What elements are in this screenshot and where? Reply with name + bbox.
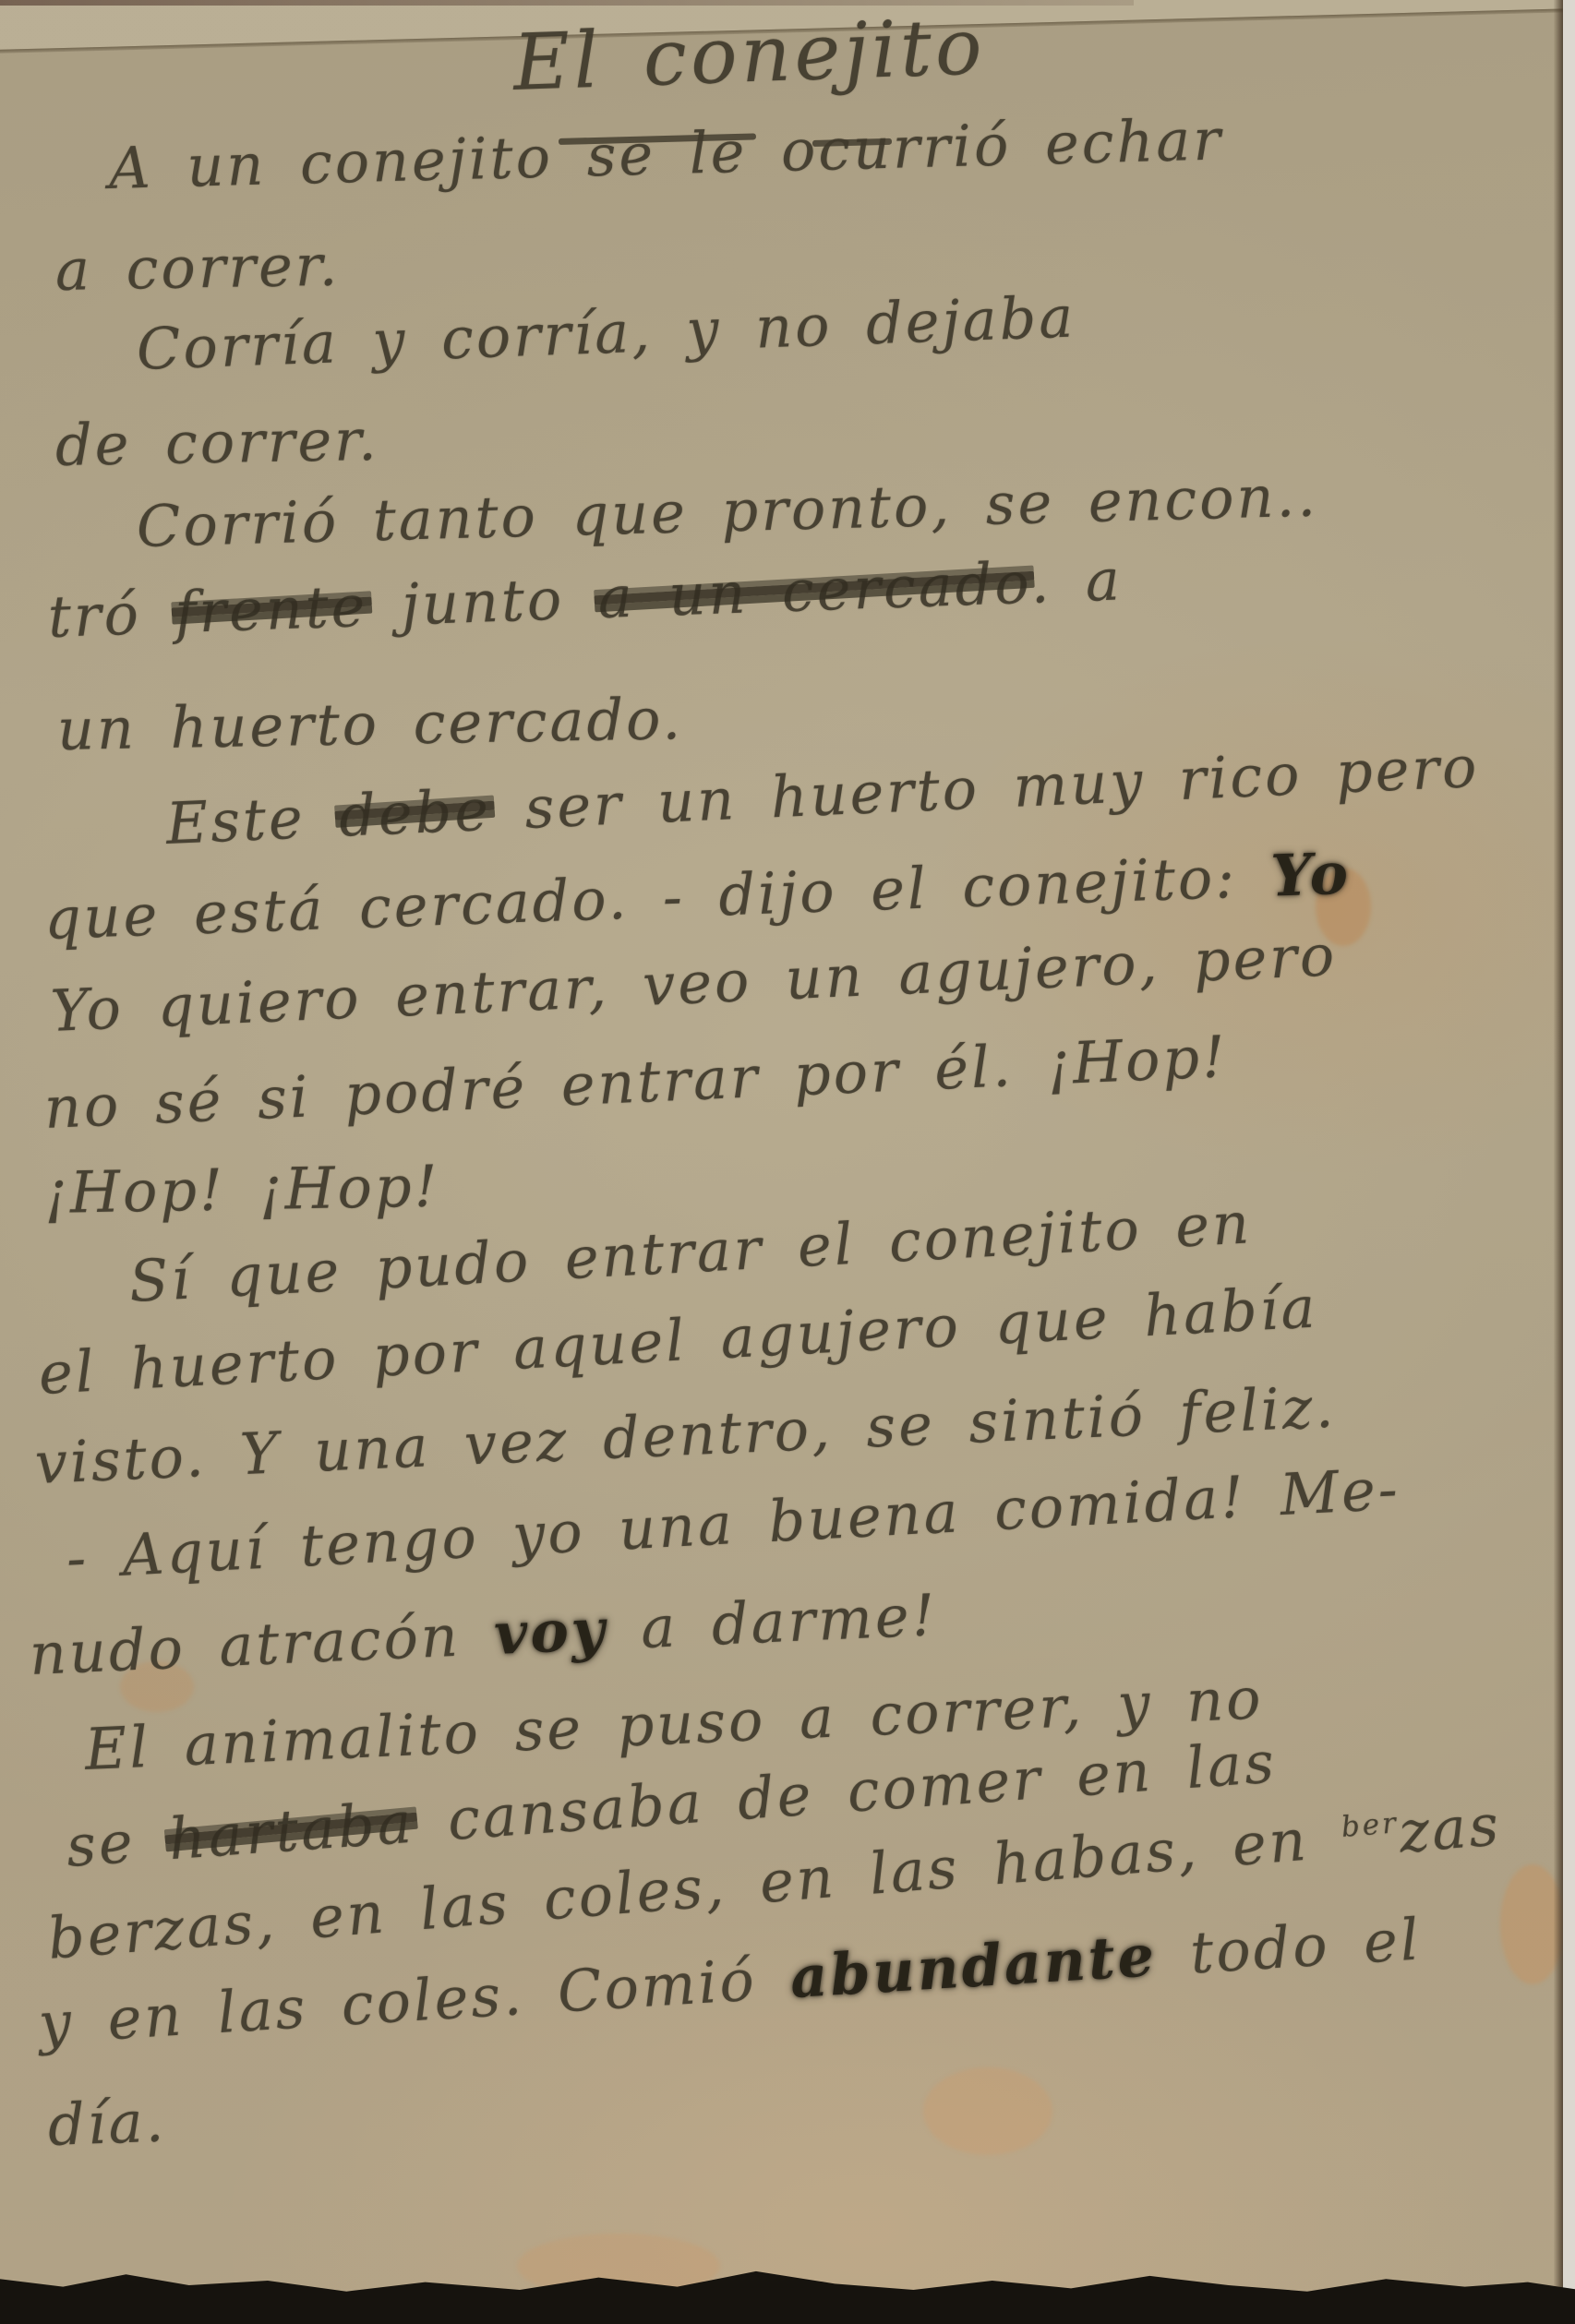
scan-background-strip <box>1563 0 1575 2324</box>
handwritten-text: junto <box>367 564 599 640</box>
handwritten-text: zas <box>1397 1791 1504 1865</box>
handwritten-line: a correr. <box>54 237 340 299</box>
handwritten-text: de correr. <box>54 406 379 479</box>
handwritten-text: a correr. <box>54 232 340 304</box>
overwritten-text: voy <box>493 1596 608 1668</box>
handwritten-text: Este <box>164 783 340 857</box>
handwritten-text: a darme! <box>606 1581 939 1663</box>
manuscript-photo: El conejito A un conejito se le ocurrió … <box>0 0 1575 2324</box>
handwritten-text: . a <box>1029 545 1124 616</box>
crossed-out-text: frente <box>174 572 368 646</box>
handwritten-line: un huerto cercado. <box>56 690 683 759</box>
handwritten-text: se <box>64 1805 171 1880</box>
handwritten-text: día. <box>47 2088 168 2159</box>
handwritten-text: tró <box>47 579 176 651</box>
paper-stain <box>923 2067 1052 2155</box>
handwritten-text: ¡Hop! ¡Hop! <box>43 1153 440 1227</box>
manuscript-title: El conejito <box>512 7 987 102</box>
crossed-out-text: debe <box>338 776 493 850</box>
handwritten-line: ¡Hop! ¡Hop! <box>43 1158 440 1222</box>
inserted-text: ber <box>1341 1806 1401 1844</box>
photo-right-edge <box>1554 0 1563 2324</box>
overwritten-text: Yo <box>1269 840 1352 910</box>
handwritten-text: un huerto cercado. <box>56 685 683 763</box>
handwritten-line: día. <box>47 2093 167 2154</box>
handwritten-line: de correr. <box>54 412 379 474</box>
